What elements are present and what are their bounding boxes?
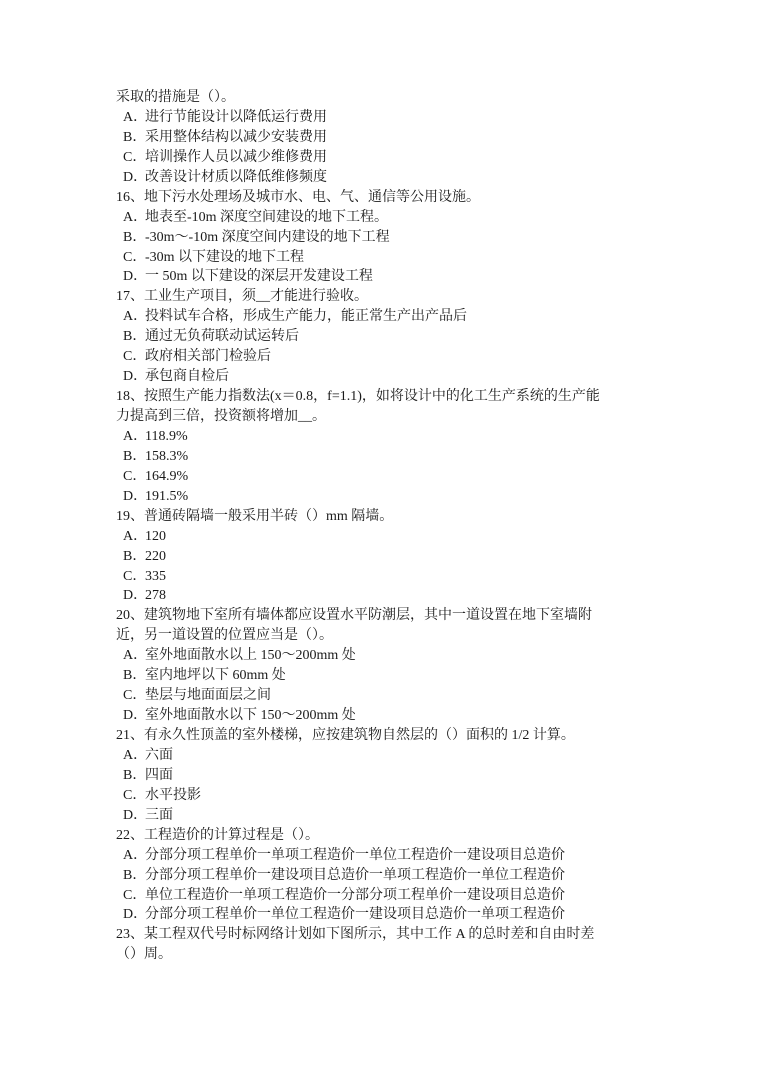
option-text: 分部分项工程单价一单位工程造价一建设项目总造价一单项工程造价	[145, 907, 565, 922]
option-letter: B．	[123, 128, 145, 148]
answer-option: A．进行节能设计以降低运行费用	[116, 108, 656, 128]
option-letter: B．	[123, 447, 145, 467]
option-letter: D．	[123, 905, 145, 925]
answer-option: D．分部分项工程单价一单位工程造价一建设项目总造价一单项工程造价	[116, 905, 656, 925]
answer-option: B．分部分项工程单价一建设项目总造价一单项工程造价一单位工程造价	[116, 866, 656, 886]
answer-option: D．191.5%	[116, 487, 656, 507]
option-letter: A．	[123, 307, 145, 327]
answer-option: D．室外地面散水以下 150～200mm 处	[116, 706, 656, 726]
answer-option: B．-30m～-10m 深度空间内建设的地下工程	[116, 228, 656, 248]
answer-option: D．改善设计材质以降低维修频度	[116, 168, 656, 188]
option-letter: C．	[123, 347, 145, 367]
option-text: 室外地面散水以下 150～200mm 处	[145, 708, 356, 723]
option-letter: C．	[123, 567, 145, 587]
answer-option: B．室内地坪以下 60mm 处	[116, 666, 656, 686]
option-text: 水平投影	[145, 788, 201, 803]
option-text: 六面	[145, 748, 173, 763]
option-text: 278	[145, 588, 166, 603]
question-text: （）周。	[116, 945, 656, 965]
option-letter: A．	[123, 108, 145, 128]
answer-option: A．118.9%	[116, 427, 656, 447]
question-text: 16、地下污水处理场及城市水、电、气、通信等公用设施。	[116, 188, 656, 208]
answer-option: D．三面	[116, 806, 656, 826]
option-letter: A．	[123, 846, 145, 866]
option-letter: A．	[123, 208, 145, 228]
option-text: 118.9%	[145, 429, 188, 444]
option-text: 220	[145, 549, 166, 564]
option-text: 158.3%	[145, 449, 188, 464]
question-text: 18、按照生产能力指数法(x＝0.8，f=1.1)，如将设计中的化工生产系统的生…	[116, 387, 656, 407]
option-text: 地表至-10m 深度空间建设的地下工程。	[145, 210, 388, 225]
answer-option: B．采用整体结构以减少安装费用	[116, 128, 656, 148]
answer-option: D．278	[116, 586, 656, 606]
answer-option: A．投料试车合格，形成生产能力，能正常生产出产品后	[116, 307, 656, 327]
option-text: 191.5%	[145, 489, 188, 504]
option-text: 室内地坪以下 60mm 处	[145, 668, 286, 683]
answer-option: C．政府相关部门检验后	[116, 347, 656, 367]
question-text: 23、某工程双代号时标网络计划如下图所示，其中工作 A 的总时差和自由时差	[116, 925, 656, 945]
option-text: 三面	[145, 808, 173, 823]
option-text: 政府相关部门检验后	[145, 349, 271, 364]
option-letter: B．	[123, 327, 145, 347]
question-text: 近，另一道设置的位置应当是（）。	[116, 626, 656, 646]
option-text: 通过无负荷联动试运转后	[145, 329, 299, 344]
question-text: 力提高到三倍，投资额将增加__。	[116, 407, 656, 427]
option-text: 改善设计材质以降低维修频度	[145, 170, 327, 185]
option-text: 进行节能设计以降低运行费用	[145, 110, 327, 125]
option-letter: A．	[123, 646, 145, 666]
option-text: 一 50m 以下建设的深层开发建设工程	[145, 269, 373, 284]
option-letter: D．	[123, 586, 145, 606]
option-letter: C．	[123, 467, 145, 487]
document-page: 采取的措施是（）。A．进行节能设计以降低运行费用B．采用整体结构以减少安装费用C…	[116, 88, 656, 965]
answer-option: D．承包商自检后	[116, 367, 656, 387]
option-letter: B．	[123, 547, 145, 567]
option-text: 335	[145, 569, 166, 584]
option-letter: A．	[123, 427, 145, 447]
answer-option: C．-30m 以下建设的地下工程	[116, 248, 656, 268]
option-letter: C．	[123, 886, 145, 906]
option-letter: A．	[123, 527, 145, 547]
question-text: 采取的措施是（）。	[116, 88, 656, 108]
option-text: 分部分项工程单价一建设项目总造价一单项工程造价一单位工程造价	[145, 868, 565, 883]
option-letter: D．	[123, 706, 145, 726]
option-letter: D．	[123, 806, 145, 826]
option-text: 垫层与地面面层之间	[145, 688, 271, 703]
option-text: 投料试车合格，形成生产能力，能正常生产出产品后	[145, 309, 467, 324]
option-letter: D．	[123, 487, 145, 507]
answer-option: B．四面	[116, 766, 656, 786]
option-letter: D．	[123, 267, 145, 287]
question-text: 21、有永久性顶盖的室外楼梯，应按建筑物自然层的（）面积的 1/2 计算。	[116, 726, 656, 746]
option-letter: C．	[123, 148, 145, 168]
answer-option: B．通过无负荷联动试运转后	[116, 327, 656, 347]
option-text: 120	[145, 529, 166, 544]
option-text: 164.9%	[145, 469, 188, 484]
option-text: -30m～-10m 深度空间内建设的地下工程	[145, 230, 390, 245]
option-letter: B．	[123, 866, 145, 886]
option-text: 室外地面散水以上 150～200mm 处	[145, 648, 356, 663]
option-letter: C．	[123, 786, 145, 806]
answer-option: C．单位工程造价一单项工程造价一分部分项工程单价一建设项目总造价	[116, 886, 656, 906]
option-letter: A．	[123, 746, 145, 766]
answer-option: B．158.3%	[116, 447, 656, 467]
question-text: 19、普通砖隔墙一般采用半砖（）mm 隔墙。	[116, 507, 656, 527]
question-text: 17、工业生产项目，须__才能进行验收。	[116, 287, 656, 307]
answer-option: A．六面	[116, 746, 656, 766]
answer-option: B．220	[116, 547, 656, 567]
option-letter: B．	[123, 766, 145, 786]
answer-option: C．164.9%	[116, 467, 656, 487]
option-letter: D．	[123, 168, 145, 188]
answer-option: C．水平投影	[116, 786, 656, 806]
option-text: 承包商自检后	[145, 369, 229, 384]
option-text: -30m 以下建设的地下工程	[145, 250, 304, 265]
option-letter: D．	[123, 367, 145, 387]
answer-option: D．一 50m 以下建设的深层开发建设工程	[116, 267, 656, 287]
answer-option: A．室外地面散水以上 150～200mm 处	[116, 646, 656, 666]
answer-option: A．120	[116, 527, 656, 547]
answer-option: A．分部分项工程单价一单项工程造价一单位工程造价一建设项目总造价	[116, 846, 656, 866]
option-text: 单位工程造价一单项工程造价一分部分项工程单价一建设项目总造价	[145, 888, 565, 903]
answer-option: C．335	[116, 567, 656, 587]
answer-option: C．培训操作人员以减少维修费用	[116, 148, 656, 168]
question-text: 20、建筑物地下室所有墙体都应设置水平防潮层，其中一道设置在地下室墙附	[116, 606, 656, 626]
option-text: 采用整体结构以减少安装费用	[145, 130, 327, 145]
answer-option: C．垫层与地面面层之间	[116, 686, 656, 706]
option-letter: B．	[123, 666, 145, 686]
option-text: 四面	[145, 768, 173, 783]
option-letter: B．	[123, 228, 145, 248]
answer-option: A．地表至-10m 深度空间建设的地下工程。	[116, 208, 656, 228]
option-text: 培训操作人员以减少维修费用	[145, 150, 327, 165]
option-text: 分部分项工程单价一单项工程造价一单位工程造价一建设项目总造价	[145, 848, 565, 863]
question-text: 22、工程造价的计算过程是（）。	[116, 826, 656, 846]
option-letter: C．	[123, 248, 145, 268]
option-letter: C．	[123, 686, 145, 706]
